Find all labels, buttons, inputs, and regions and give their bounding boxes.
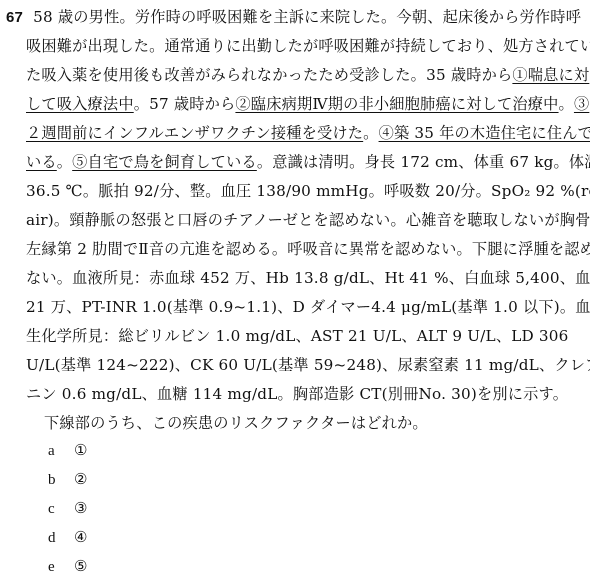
underline-2: ②臨床病期Ⅳ期の非小細胞肺癌に対して治療中 [235,95,558,113]
option-b[interactable]: b② [48,464,87,494]
option-label: c [48,494,74,524]
option-value: ① [74,435,87,465]
stem-line-9: 左縁第 2 肋間でⅡ音の亢進を認める。呼吸音に異常を認めない。下腿に浮腫を認め [26,234,590,264]
option-c[interactable]: c③ [48,493,87,523]
underline-4-cont: いる [26,153,57,171]
option-label: d [48,523,74,553]
stem-line-1: 67 58 歳の男性。労作時の呼吸困難を主訴に来院した。今朝、起床後から労作時呼 [6,2,581,32]
option-d[interactable]: d④ [48,522,87,552]
stem-line-6: いる。⑤自宅で鳥を飼育している。意識は清明。身長 172 cm、体重 67 kg… [26,147,590,177]
stem-line-7: 36.5 ℃。脈拍 92/分、整。血圧 138/90 mmHg。呼吸数 20/分… [26,176,590,206]
stem-line-8: air)。頸静脈の怒張と口唇のチアノーゼとを認めない。心雑音を聴取しないが胸骨 [26,205,590,235]
underline-1: ①喘息に対 [512,66,589,84]
underline-4: ④築 35 年の木造住宅に住んで [379,124,590,142]
stem-line-2: 吸困難が出現した。通常通りに出勤したが呼吸困難が持続しており、処方されてい [26,31,590,61]
option-value: ③ [74,493,87,523]
underline-1-cont: して吸入療法中 [26,95,134,113]
stem-line-11: 21 万、PT-INR 1.0(基準 0.9~1.1)、D ダイマー4.4 μg… [26,292,590,322]
option-value: ② [74,464,87,494]
option-value: ⑤ [74,551,87,581]
underline-5: ⑤自宅で鳥を飼育している [72,153,257,171]
stem-line-3: た吸入薬を使用後も改善がみられなかったため受診した。35 歳時から①喘息に対 [26,60,589,90]
underline-3: ③ [574,95,589,113]
stem-line-13: U/L(基準 124~222)、CK 60 U/L(基準 59~248)、尿素窒… [26,350,590,380]
option-label: e [48,552,74,582]
option-a[interactable]: a① [48,435,87,465]
option-label: a [48,436,74,466]
stem-line-4: して吸入療法中。57 歳時から②臨床病期Ⅳ期の非小細胞肺癌に対して治療中。③ [26,89,589,119]
stem-line-12: 生化学所見：総ビリルビン 1.0 mg/dL、AST 21 U/L、ALT 9 … [26,321,569,351]
question-prompt: 下線部のうち、この疾患のリスクファクターはどれか。 [44,408,428,438]
stem-line-14: ニン 0.6 mg/dL、血糖 114 mg/dL。胸部造影 CT(別冊No. … [26,379,568,409]
question-number: 67 [6,9,23,26]
option-label: b [48,465,74,495]
option-e[interactable]: e⑤ [48,551,87,581]
stem-line-10: ない。血液所見：赤血球 452 万、Hb 13.8 g/dL、Ht 41 %、白… [26,263,590,293]
option-value: ④ [74,522,87,552]
underline-3-cont: ２週間前にインフルエンザワクチン接種を受けた [26,124,363,142]
stem-line-5: ２週間前にインフルエンザワクチン接種を受けた。④築 35 年の木造住宅に住んで [26,118,590,148]
